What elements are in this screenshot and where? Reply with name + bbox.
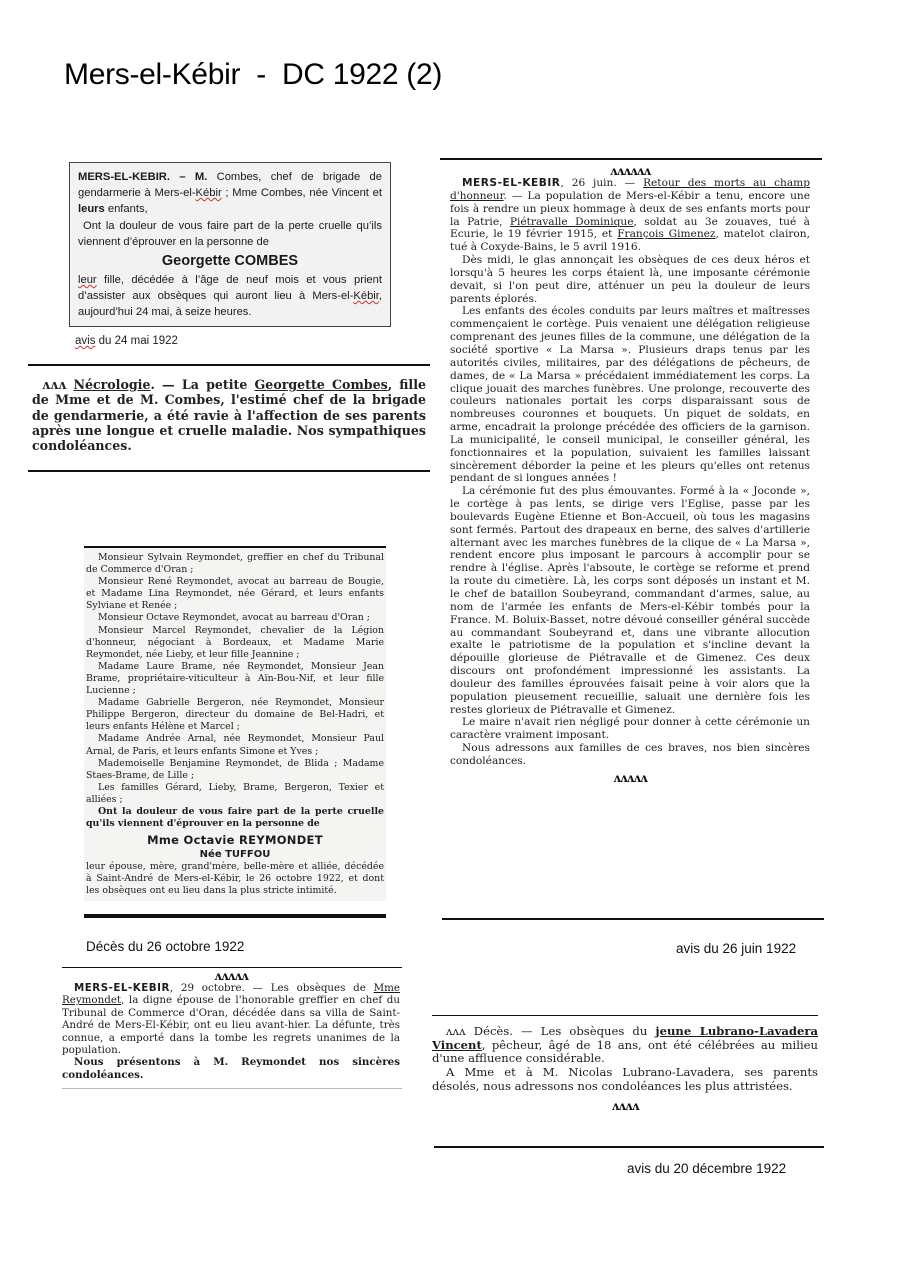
notice-paragraph: Ont la douleur de vous faire part de la … [86,806,384,830]
notice-deceased-name: Georgette COMBES [78,251,382,271]
typed-death-notice-combes: MERS-EL-KEBIR. – M. Combes, chef de brig… [69,162,391,327]
article-paragraph: Le maire n'avait rien négligé pour donne… [450,716,810,742]
article-text: , pêcheur, âgé de 18 ans, ont été célébr… [432,1038,818,1066]
notice-m: M. [195,171,207,183]
notice-paragraph: Monsieur Marcel Reymondet, chevalier de … [86,625,384,661]
article-place: MERS-EL-KEBIR [462,177,560,189]
ornament-icon: ʌʌʌʌʌ [450,772,810,784]
notice-paragraph: Madame Andrée Arnal, née Reymondet, Mons… [86,733,384,757]
notice-paragraph: Les familles Gérard, Lieby, Brame, Berge… [86,782,384,806]
article-paragraph: Nous adressons aux familles de ces brave… [450,742,810,768]
caption-26-octobre: Décès du 26 octobre 1922 [86,939,244,954]
notice-paragraph: Monsieur René Reymondet, avocat au barre… [86,576,384,612]
article-paragraph: La cérémonie fut des plus émouvantes. Fo… [450,485,810,716]
notice-leur: leur [78,274,97,286]
divider [62,1088,402,1089]
ornament-icon: ʌʌʌʌ [432,1100,818,1112]
octobre-article: ʌʌʌʌʌ MERS-EL-KEBIR, 29 octobre. — Les o… [62,970,400,1081]
decembre-article: ʌʌʌ Décès. — Les obsèques du jeune Lubra… [432,1025,818,1112]
juin-article: ʌʌʌʌʌʌ MERS-EL-KEBIR, 26 juin. — Retour … [450,165,810,784]
article-paragraph: Les enfants des écoles conduits par leur… [450,305,810,485]
divider [28,470,430,472]
caption-20-decembre: avis du 20 décembre 1922 [627,1161,786,1176]
article-paragraph: Dès midi, le glas annonçait les obsèques… [450,254,810,305]
notice-body-text: fille, décédée à l’âge de neuf mois et v… [78,274,382,302]
divider [62,967,402,968]
divider [84,914,386,918]
ornament-icon: ʌʌʌ [42,377,66,392]
page-title: Mers-el-Kébir - DC 1922 (2) [64,58,442,92]
necro-dash: . — La petite [150,377,254,392]
notice-dash: – [170,171,195,183]
article-date: , 26 juin. — [560,177,643,189]
deceased-maiden-name: Née TUFFOU [86,848,384,861]
article-closing: A Mme et à M. Nicolas Lubrano-Lavadera, … [432,1066,818,1093]
ornament-icon: ʌʌʌʌʌʌ [450,165,810,177]
notice-paragraph: Madame Gabrielle Bergeron, née Reymondet… [86,697,384,733]
article-date: , 29 octobre. — Les obsèques de [170,982,374,994]
notice-body: leur fille, décédée à l’âge de neuf mois… [78,272,382,321]
divider [440,158,822,160]
notice-text3: enfants, [105,203,148,215]
soldier-name: François Gimenez [617,228,715,240]
article-heading: Décès [474,1024,509,1038]
necro-heading: Nécrologie [73,377,150,392]
notice-body-kebir: Kébir [353,290,379,302]
article-closing: Nous présentons à M. Reymondet nos sincè… [62,1056,400,1081]
notice-place: MERS-EL-KEBIR. [78,171,170,183]
caption-26-juin: avis du 26 juin 1922 [676,941,796,956]
necrologie-clipping: ʌʌʌ Nécrologie. — La petite Georgette Co… [32,377,426,453]
article-intro: . — Les obsèques du [509,1024,655,1038]
notice-paragraph: Mademoiselle Benjamine Reymondet, de Bli… [86,758,384,782]
caption-date: du 24 mai 1922 [95,335,177,347]
deceased-name: Mme Octavie REYMONDET [86,833,384,848]
necro-name: Georgette Combes [255,377,388,392]
article-place: MERS-EL-KEBIR [74,982,170,994]
caption-avis: avis [75,335,95,347]
notice-lead: MERS-EL-KEBIR. – M. Combes, chef de brig… [78,169,382,218]
caption-24-mai: avis du 24 mai 1922 [75,335,178,347]
notice-paragraph: Madame Laure Brame, née Reymondet, Monsi… [86,661,384,697]
ornament-icon: ʌʌʌʌʌ [62,970,400,982]
ornament-icon: ʌʌʌ [446,1024,466,1038]
divider [434,1146,824,1148]
notice-paragraph: Monsieur Sylvain Reymondet, greffier en … [86,552,384,576]
divider [432,1015,818,1016]
notice-kebir: Kébir [196,187,222,199]
divider [28,364,430,366]
divider [442,918,824,920]
notice-paragraph: Monsieur Octave Reymondet, avocat au bar… [86,612,384,624]
notice-text2: ; Mme Combes, née Vincent et [222,187,382,199]
notice-leurs: leurs [78,203,105,215]
soldier-name: Piétravalle Dominique [510,216,634,228]
reymondet-family-notice: Monsieur Sylvain Reymondet, greffier en … [84,548,386,901]
notice-closing: leur épouse, mère, grand'mère, belle-mèr… [86,861,384,897]
notice-line2: Ont la douleur de vous faire part de la … [78,218,382,250]
